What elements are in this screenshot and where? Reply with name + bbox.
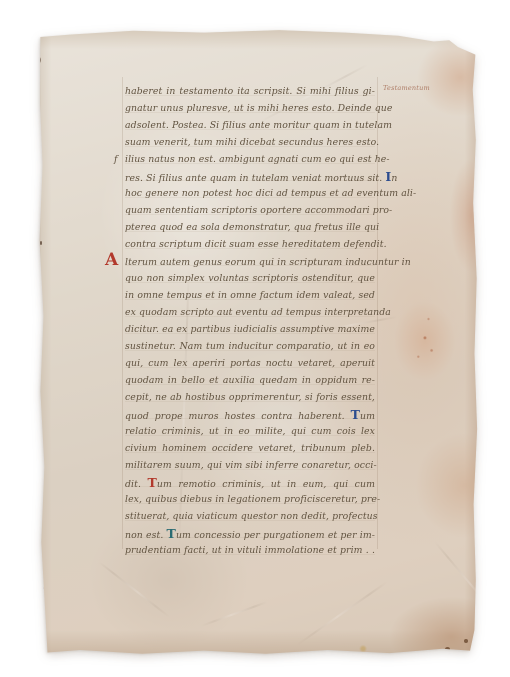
text-segment: relatio criminis, ut in eo milite, qui c… [125, 426, 375, 437]
text-segment: cepit, ne ab hostibus opprimerentur, si … [125, 392, 375, 403]
crease-line [434, 541, 500, 619]
text-line: quod prope muros hostes contra haberent.… [125, 406, 375, 423]
text-segment: adsolent. Postea. Si filius ante moritur… [125, 120, 392, 131]
text-segment: lterum autem genus eorum qui in scriptur… [125, 257, 411, 268]
text-line: contra scriptum dicit suam esse heredita… [125, 236, 375, 253]
text-segment: quam sententiam scriptoris oportere acco… [125, 205, 392, 216]
photograph-background: Testamentum haberet in testamento ita sc… [0, 0, 510, 677]
text-line: filius natus non est. ambigunt agnati cu… [125, 151, 375, 168]
text-line: dicitur. ea ex partibus iudicialis assum… [125, 321, 375, 338]
text-line: Alterum autem genus eorum qui in scriptu… [125, 253, 375, 270]
text-line: militarem suum, qui vim sibi inferre con… [125, 457, 375, 474]
text-segment: stituerat, quia viaticum questor non ded… [125, 511, 378, 522]
text-segment: um concessio per purgationem et per im- [176, 530, 375, 541]
text-segment: gnatur unus pluresve, ut is mihi heres e… [125, 103, 392, 114]
text-line: in omne tempus et in omne factum idem va… [125, 287, 375, 304]
text-line: suam venerit, tum mihi dicebat secundus … [125, 134, 375, 151]
edge-speck [40, 241, 42, 245]
text-segment: hoc genere non potest hoc dici ad tempus… [125, 188, 416, 199]
initial-letter: A [105, 253, 125, 267]
text-line: hoc genere non potest hoc dici ad tempus… [125, 185, 375, 202]
text-line: non est. Tum concessio per purgationem e… [125, 525, 375, 542]
text-segment: sustinetur. Nam tum inducitur comparatio… [125, 341, 375, 352]
text-segment: non est. [125, 530, 167, 541]
text-segment: suam venerit, tum mihi dicebat secundus … [125, 137, 379, 148]
initial-letter: T [148, 475, 157, 490]
text-segment: n [391, 173, 397, 184]
text-line: cepit, ne ab hostibus opprimerentur, si … [125, 389, 375, 406]
initial-letter: f [114, 151, 125, 168]
text-line: relatio criminis, ut in eo milite, qui c… [125, 423, 375, 440]
edge-speck [37, 85, 39, 90]
marginal-note: Testamentum [383, 84, 469, 92]
text-segment: res. Si filius ante quam in tutelam veni… [125, 173, 385, 184]
ruling-line-left [122, 77, 123, 549]
manuscript-text-block: haberet in testamento ita scripsit. Si m… [125, 83, 375, 559]
manuscript-leaf-wrap: Testamentum haberet in testamento ita sc… [36, 27, 478, 655]
text-line: gnatur unus pluresve, ut is mihi heres e… [125, 100, 375, 117]
text-segment: ilius natus non est. ambigunt agnati cum… [125, 154, 390, 165]
text-segment: pterea quod ea sola demonstratur, qua fr… [125, 222, 379, 233]
crease-line [296, 581, 387, 646]
text-segment: dicitur. ea ex partibus iudicialis assum… [125, 324, 375, 335]
edge-speck [38, 57, 41, 63]
text-line: res. Si filius ante quam in tutelam veni… [125, 168, 375, 185]
text-line: haberet in testamento ita scripsit. Si m… [125, 83, 375, 100]
text-line: pterea quod ea sola demonstratur, qua fr… [125, 219, 375, 236]
text-segment: haberet in testamento ita scripsit. Si m… [125, 86, 375, 97]
text-line: prudentiam facti, ut in vituli immolatio… [125, 542, 375, 559]
text-segment: in omne tempus et in omne factum idem va… [125, 290, 375, 301]
text-line: stituerat, quia viaticum questor non ded… [125, 508, 375, 525]
text-line: qui, cum lex aperiri portas noctu vetare… [125, 355, 375, 372]
text-line: dit. Tum remotio criminis, ut in eum, qu… [125, 474, 375, 491]
text-segment: qui, cum lex aperiri portas noctu vetare… [125, 358, 375, 369]
text-line: quo non simplex voluntas scriptoris oste… [125, 270, 375, 287]
text-line: ex quodam scripto aut eventu ad tempus i… [125, 304, 375, 321]
text-segment: ex quodam scripto aut eventu ad tempus i… [125, 307, 391, 318]
text-segment: lex, quibus diebus in legationem profici… [125, 494, 380, 505]
edge-speck [42, 587, 44, 592]
text-segment: quo non simplex voluntas scriptoris oste… [125, 273, 375, 284]
text-segment: quod prope muros hostes contra haberent. [125, 411, 351, 422]
text-line: lex, quibus diebus in legationem profici… [125, 491, 375, 508]
text-segment: militarem suum, qui vim sibi inferre con… [125, 460, 377, 471]
crease-line [98, 561, 170, 618]
text-line: quodam in bello et auxilia quedam in opp… [125, 372, 375, 389]
text-line: civium hominem occidere vetaret, tribunu… [125, 440, 375, 457]
edge-speck [445, 647, 450, 651]
edge-speck [37, 35, 40, 43]
text-segment: prudentiam facti, ut in vituli immolatio… [125, 545, 375, 556]
text-segment: civium hominem occidere vetaret, tribunu… [125, 443, 375, 454]
edge-speck [464, 639, 468, 643]
manuscript-leaf: Testamentum haberet in testamento ita sc… [36, 27, 478, 655]
text-segment: um [360, 411, 375, 422]
text-segment: um remotio criminis, ut in eum, qui cum [157, 479, 375, 490]
text-segment: dit. [125, 479, 148, 490]
text-line: quam sententiam scriptoris oportere acco… [125, 202, 375, 219]
text-line: adsolent. Postea. Si filius ante moritur… [125, 117, 375, 134]
initial-letter: T [167, 526, 176, 541]
crease-line [201, 601, 267, 627]
text-segment: quodam in bello et auxilia quedam in opp… [125, 375, 375, 386]
text-line: sustinetur. Nam tum inducitur comparatio… [125, 338, 375, 355]
text-segment: contra scriptum dicit suam esse heredita… [125, 239, 387, 250]
initial-letter: T [351, 407, 360, 422]
